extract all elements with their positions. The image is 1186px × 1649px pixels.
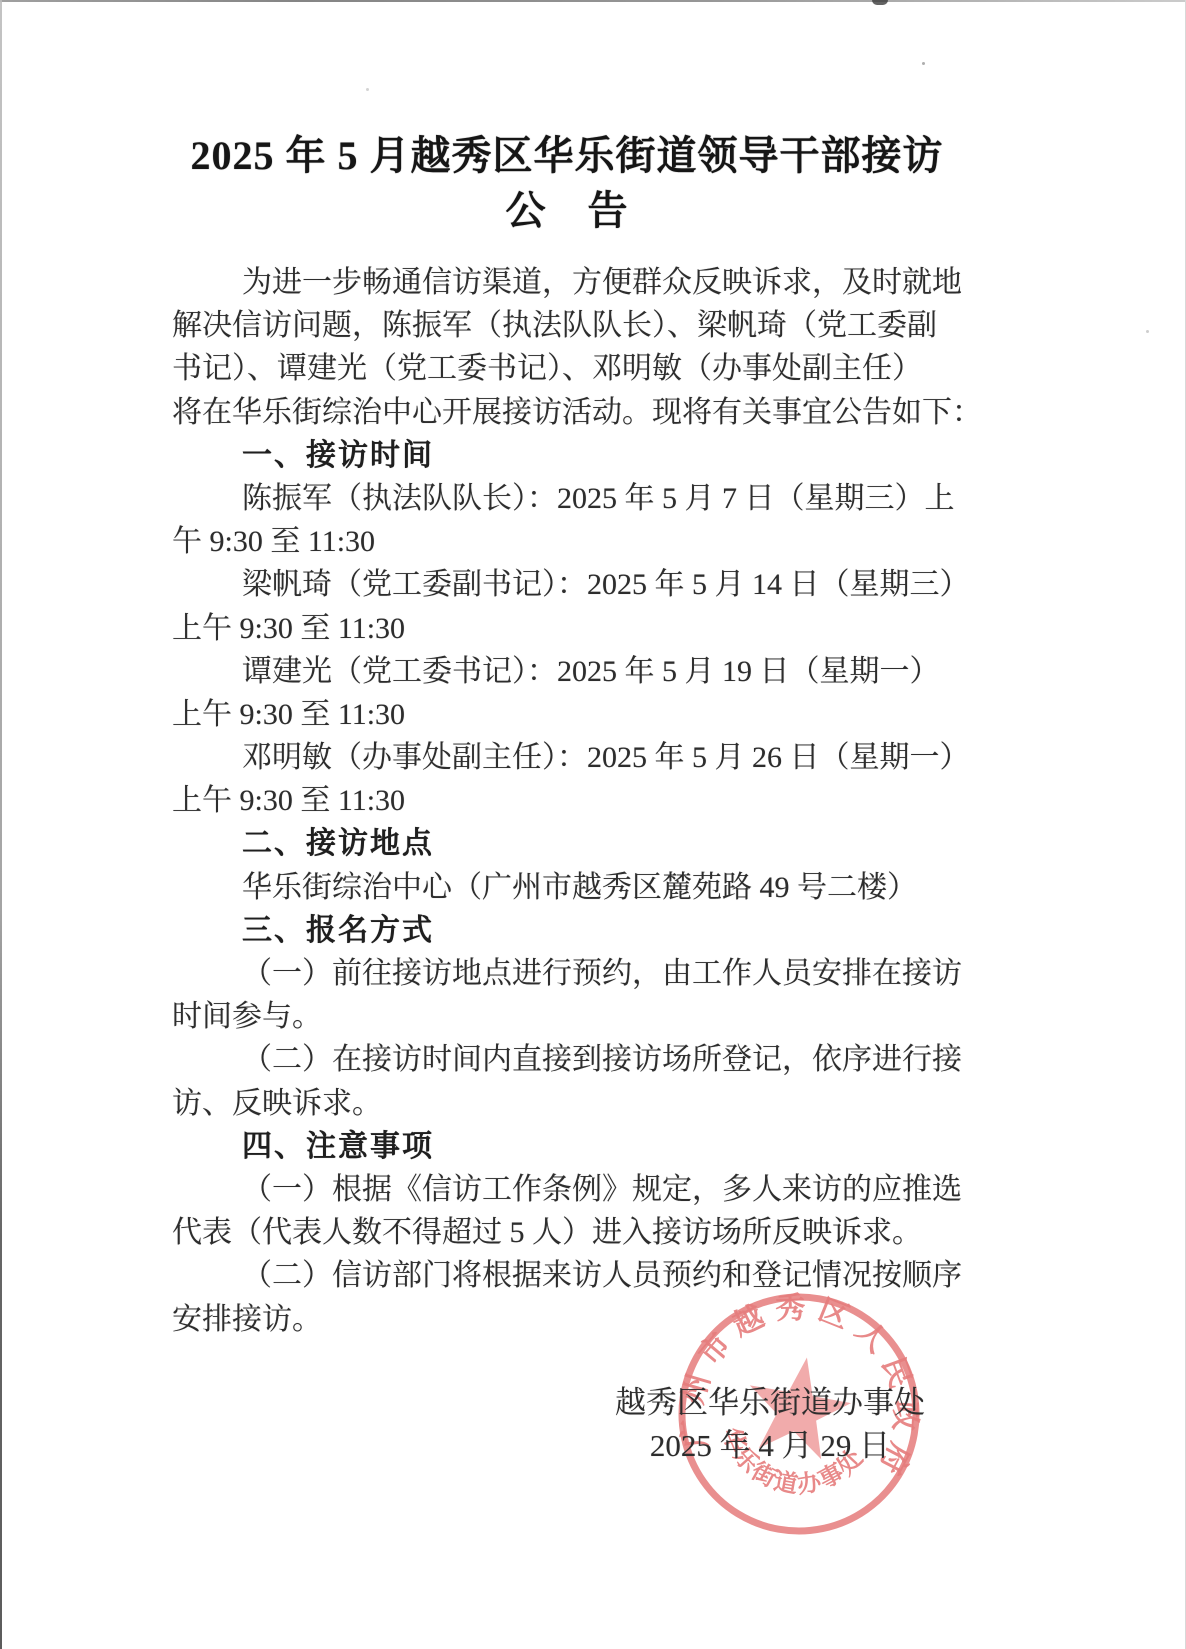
document-line: 代表（代表人数不得超过 5 人）进入接访场所反映诉求。	[172, 1211, 977, 1254]
document-line: 上午 9:30 至 11:30	[172, 779, 977, 822]
scan-edge-top	[0, 0, 1186, 2]
document-line: 梁帆琦（党工委副书记）：2025 年 5 月 14 日（星期三）	[172, 563, 977, 606]
notice-body: 为进一步畅通信访渠道，方便群众反映诉求，及时就地解决信访问题，陈振军（执法队队长…	[172, 261, 977, 1341]
document-line: 谭建光（党工委书记）：2025 年 5 月 19 日（星期一）	[172, 650, 977, 693]
document-line: 解决信访问题，陈振军（执法队队长）、梁帆琦（党工委副	[172, 304, 977, 347]
document-line: 午 9:30 至 11:30	[172, 520, 977, 563]
signature-org: 越秀区华乐街道办事处	[560, 1381, 980, 1424]
document-line: （二）在接访时间内直接到接访场所登记，依序进行接	[172, 1038, 977, 1081]
document-line: 时间参与。	[172, 995, 977, 1038]
notice-title: 2025 年 5 月越秀区华乐街道领导干部接访 公 告	[27, 128, 1107, 238]
signature-block: 越秀区华乐街道办事处 2025 年 4 月 29 日	[560, 1381, 980, 1467]
section-heading-line: 四、注意事项	[172, 1125, 977, 1168]
notice-title-line1: 2025 年 5 月越秀区华乐街道领导干部接访	[27, 128, 1107, 183]
scan-edge-left	[0, 0, 2, 1649]
section-heading-line: 二、接访地点	[172, 822, 977, 865]
signature-date: 2025 年 4 月 29 日	[560, 1424, 980, 1467]
document-line: 邓明敏（办事处副主任）：2025 年 5 月 26 日（星期一）	[172, 736, 977, 779]
section-heading-line: 三、报名方式	[172, 909, 977, 952]
document-line: 访、反映诉求。	[172, 1082, 977, 1125]
document-line: 将在华乐街综治中心开展接访活动。现将有关事宜公告如下：	[172, 391, 977, 434]
document-line: 为进一步畅通信访渠道，方便群众反映诉求，及时就地	[172, 261, 977, 304]
scanned-notice-page: 2025 年 5 月越秀区华乐街道领导干部接访 公 告 为进一步畅通信访渠道，方…	[0, 0, 1186, 1649]
section-heading-line: 一、接访时间	[172, 434, 977, 477]
document-line: 书记）、谭建光（党工委书记）、邓明敏（办事处副主任）	[172, 347, 977, 390]
scan-edge-notch	[872, 0, 888, 5]
document-line: 陈振军（执法队队长）：2025 年 5 月 7 日（星期三）上	[172, 477, 977, 520]
document-line: 上午 9:30 至 11:30	[172, 693, 977, 736]
document-line: （一）根据《信访工作条例》规定，多人来访的应推选	[172, 1168, 977, 1211]
scan-speckles	[922, 62, 925, 65]
document-line: （一）前往接访地点进行预约，由工作人员安排在接访	[172, 952, 977, 995]
notice-title-line2: 公 告	[27, 183, 1107, 238]
document-line: 华乐街综治中心（广州市越秀区麓苑路 49 号二楼）	[172, 866, 977, 909]
document-line: 上午 9:30 至 11:30	[172, 607, 977, 650]
